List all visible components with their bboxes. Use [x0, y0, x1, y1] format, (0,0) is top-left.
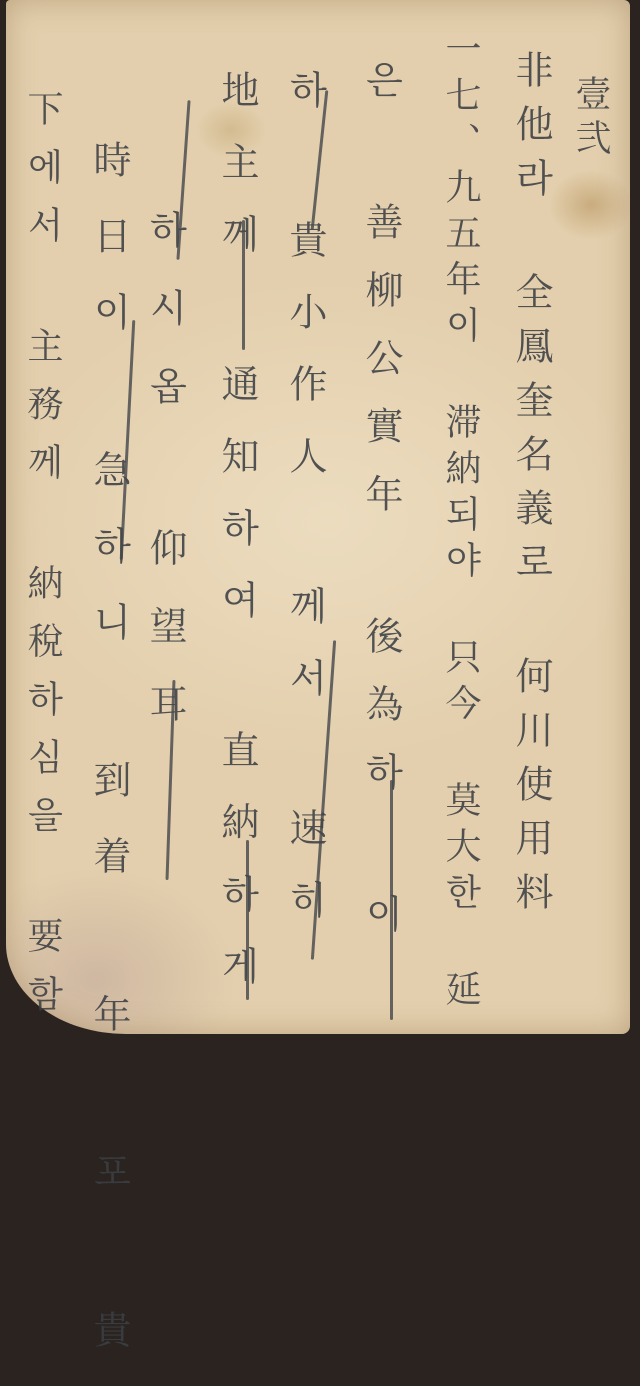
text-column-1: 壹弐	[572, 75, 608, 163]
text-column-2: 非他라 全鳳奎名義로 何川使用料	[512, 50, 550, 926]
text-column-3: 一七、九五年이 滞納되야 只今 莫大한 延	[442, 30, 478, 1016]
text-column-4: 은 善柳公實年 後為하 이	[362, 60, 400, 962]
text-column-8: 時日이 急하니 到着 年 포 貴	[90, 140, 128, 1040]
text-column-5: 하 貴小作人 께서 速히	[286, 70, 324, 952]
letter-paper: 壹弐 非他라 全鳳奎名義로 何川使用料 一七、九五年이 滞納되야 只今 莫大한 …	[6, 0, 630, 1034]
text-column-9: 下에서 主務께 納稅하심을 要함	[24, 90, 60, 1033]
ink-stroke	[390, 780, 393, 1020]
text-column-6: 地主께 通知하여 直納하게	[218, 70, 256, 1018]
ink-stroke	[242, 220, 245, 350]
text-column-7: 하시옵 仰望耳	[146, 210, 184, 762]
ink-stroke	[246, 840, 249, 1000]
